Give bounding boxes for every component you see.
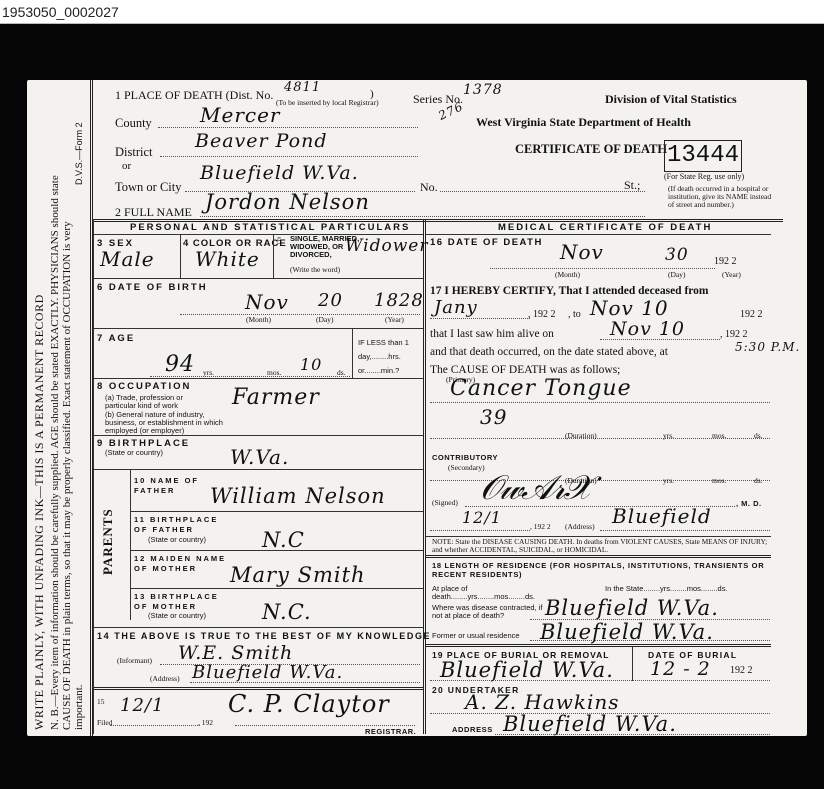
undertaker-value: A. Z. Hawkins bbox=[465, 690, 620, 714]
former-residence-label: Former or usual residence bbox=[432, 632, 520, 640]
medical-section-title: MEDICAL CERTIFICATE OF DEATH bbox=[498, 222, 712, 233]
last-saw-label: that I last saw him alive on bbox=[430, 328, 554, 340]
contracted-value: Bluefield W.Va. bbox=[545, 596, 719, 620]
dod-label: 16 DATE OF DEATH bbox=[430, 237, 543, 248]
marital-note: (Write the word) bbox=[290, 266, 340, 274]
age-years: 94 bbox=[165, 352, 195, 377]
dob-month: Nov bbox=[245, 290, 289, 314]
mother-birthplace-label: 13 BIRTHPLACE OF MOTHER bbox=[134, 592, 234, 612]
occupation-b-label: (b) General nature of industry, business… bbox=[105, 411, 225, 435]
contributory-label: CONTRIBUTORY bbox=[432, 454, 498, 462]
occurred-label: and that death occurred, on the date sta… bbox=[430, 346, 668, 358]
father-birthplace-label: 11 BIRTHPLACE OF FATHER bbox=[134, 515, 234, 535]
file-id-bar: 1953050_0002027 bbox=[0, 0, 824, 24]
town-label: Town or City bbox=[115, 180, 182, 195]
dob-label: 6 DATE OF BIRTH bbox=[97, 282, 208, 293]
residence-label: 18 LENGTH OF RESIDENCE (FOR HOSPITALS, I… bbox=[432, 561, 772, 579]
last-saw-date: Nov 10 bbox=[610, 318, 685, 340]
informant-name: W.E. Smith bbox=[178, 642, 293, 664]
physician-signature: 𝒪𝓌𝒜𝓇𝒳 bbox=[480, 468, 591, 508]
filed-date: 12/1 bbox=[120, 695, 164, 716]
personal-section-title: PERSONAL AND STATISTICAL PARTICULARS bbox=[130, 222, 410, 233]
full-name-value: Jordon Nelson bbox=[205, 190, 370, 214]
registrar-label: REGISTRAR. bbox=[365, 728, 416, 736]
father-value: William Nelson bbox=[210, 484, 386, 508]
street-no-label: No. bbox=[420, 180, 438, 195]
age-label: 7 AGE bbox=[97, 333, 135, 344]
margin-line-1: WRITE PLAINLY, WITH UNFADING INK—THIS IS… bbox=[33, 294, 45, 730]
registrar-signature: C. P. Claytor bbox=[228, 690, 390, 718]
attended-to: Nov 10 bbox=[590, 296, 669, 320]
dob-year: 1828 bbox=[374, 290, 424, 311]
registration-number: 13444 bbox=[664, 140, 742, 172]
disease-note: NOTE: State the DISEASE CAUSING DEATH. I… bbox=[432, 538, 772, 554]
in-the-state: In the State........yrs........mos......… bbox=[605, 585, 765, 593]
mother-value: Mary Smith bbox=[230, 563, 366, 587]
district-label: District bbox=[115, 145, 153, 160]
informant-section-label: 14 THE ABOVE IS TRUE TO THE BEST OF MY K… bbox=[97, 631, 431, 641]
physician-address: Bluefield bbox=[612, 504, 712, 528]
reg-note: (For State Reg. use only) bbox=[664, 173, 744, 181]
age-days: 10 bbox=[300, 355, 322, 374]
father-birthplace-value: N.C bbox=[262, 528, 305, 552]
burial-date-value: 12 - 2 bbox=[650, 658, 711, 680]
sex-value: Male bbox=[100, 247, 155, 271]
father-label: 10 NAME OF FATHER bbox=[134, 476, 214, 496]
marital-value: Widower bbox=[345, 236, 428, 256]
at-place-of-death: At place of death........yrs........mos.… bbox=[432, 585, 552, 601]
department-title: West Virginia State Department of Health bbox=[476, 115, 691, 130]
occupation-label: 8 OCCUPATION bbox=[97, 381, 191, 392]
attended-from: Jany bbox=[434, 297, 478, 318]
occupation-value: Farmer bbox=[232, 385, 320, 410]
hospital-note: (If death occurred in a hospital or inst… bbox=[668, 185, 778, 209]
birthplace-value: W.Va. bbox=[230, 445, 289, 469]
street-label: St.; bbox=[624, 178, 640, 193]
cause-of-death: Cancer Tongue bbox=[450, 376, 632, 401]
or-label: or bbox=[122, 160, 131, 172]
dist-note: (To be inserted by local Registrar) bbox=[276, 99, 379, 107]
mother-label: 12 MAIDEN NAME OF MOTHER bbox=[134, 554, 244, 574]
occupation-a-label: (a) Trade, profession or particular kind… bbox=[105, 394, 190, 410]
division-title: Division of Vital Statistics bbox=[605, 92, 737, 107]
file-id: 1953050_0002027 bbox=[2, 4, 119, 20]
form-number: D.V.S.—Form 2 bbox=[73, 122, 85, 185]
district-value: Beaver Pond bbox=[195, 130, 328, 152]
district-number: 4811 bbox=[284, 80, 321, 95]
contracted-label: Where was disease contracted, if not at … bbox=[432, 604, 552, 620]
dod-day: 30 bbox=[665, 245, 689, 265]
place-of-death-label: 1 PLACE OF DEATH (Dist. No. bbox=[115, 88, 273, 103]
certificate-title: CERTIFICATE OF DEATH bbox=[515, 142, 667, 157]
signed-label: (Signed) bbox=[432, 499, 458, 507]
margin-line-2: N. B.—Every item of information should b… bbox=[49, 175, 61, 730]
burial-place-value: Bluefield W.Va. bbox=[440, 658, 614, 682]
sign-date: 12/1 bbox=[462, 508, 502, 527]
dod-month: Nov bbox=[560, 240, 604, 264]
less-than-day-label: IF LESS than 1 day,........hrs. or......… bbox=[358, 336, 422, 378]
dod-year: 192 2 bbox=[714, 258, 737, 266]
margin-strip: WRITE PLAINLY, WITH UNFADING INK—THIS IS… bbox=[27, 80, 93, 736]
county-label: County bbox=[115, 116, 152, 131]
burial-year: 192 2 bbox=[730, 667, 753, 675]
undertaker-address-value: Bluefield W.Va. bbox=[503, 712, 677, 736]
parents-side-label: PARENTS bbox=[102, 508, 114, 575]
full-name-label: 2 FULL NAME bbox=[115, 205, 192, 220]
race-value: White bbox=[195, 247, 260, 271]
death-time: 5:30 P.M. bbox=[735, 340, 800, 354]
town-value: Bluefield W.Va. bbox=[200, 162, 359, 184]
series-number: 1378 bbox=[463, 82, 503, 98]
cause-code: 39 bbox=[480, 405, 507, 429]
county-value: Mercer bbox=[200, 103, 280, 127]
margin-line-3: CAUSE OF DEATH in plain terms, so that i… bbox=[61, 221, 73, 730]
informant-address: Bluefield W.Va. bbox=[192, 662, 343, 683]
dob-day: 20 bbox=[318, 290, 343, 311]
margin-line-4: important. bbox=[73, 684, 85, 730]
mother-birthplace-value: N.C. bbox=[262, 600, 312, 624]
undertaker-address-label: ADDRESS bbox=[452, 726, 493, 734]
